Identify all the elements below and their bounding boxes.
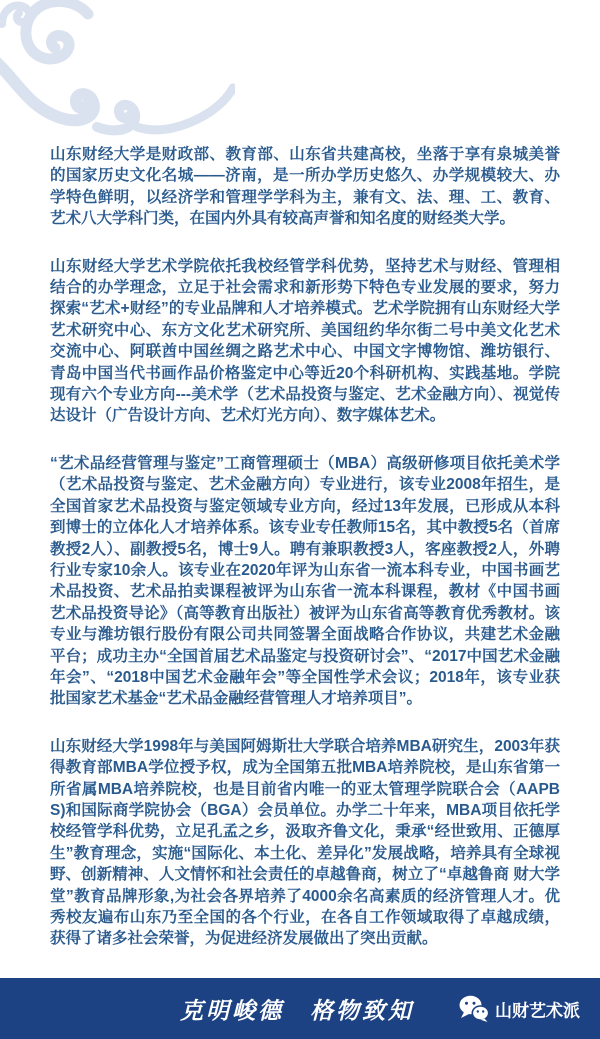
paragraph-university-intro: 山东财经大学是财政部、教育部、山东省共建高校，坐落于享有泉城美誉的国家历史文化名…: [50, 144, 560, 230]
cloud-decoration-icon: [0, 0, 235, 140]
paragraph-art-school-intro: 山东财经大学艺术学院依托我校经管学科优势，坚持艺术与财经、管理相结合的办学理念，…: [50, 256, 560, 427]
footer-bar: 克明峻德 格物致知 山财艺术派: [0, 978, 600, 1039]
paragraph-art-mba-program: “艺术品经营管理与鉴定”工商管理硕士（MBA）高级研修项目依托美术学（艺术品投资…: [50, 453, 560, 710]
wechat-icon: [459, 995, 489, 1022]
article-page: 山东财经大学是财政部、教育部、山东省共建高校，坐落于享有泉城美誉的国家历史文化名…: [0, 0, 600, 1039]
article-body: 山东财经大学是财政部、教育部、山东省共建高校，坐落于享有泉城美誉的国家历史文化名…: [50, 144, 560, 976]
school-motto: 克明峻德 格物致知: [180, 992, 414, 1025]
paragraph-mba-history: 山东财经大学1998年与美国阿姆斯壮大学联合培养MBA研究生，2003年获得教育…: [50, 736, 560, 950]
wechat-account[interactable]: 山财艺术派: [459, 995, 580, 1022]
wechat-account-name: 山财艺术派: [495, 996, 580, 1021]
